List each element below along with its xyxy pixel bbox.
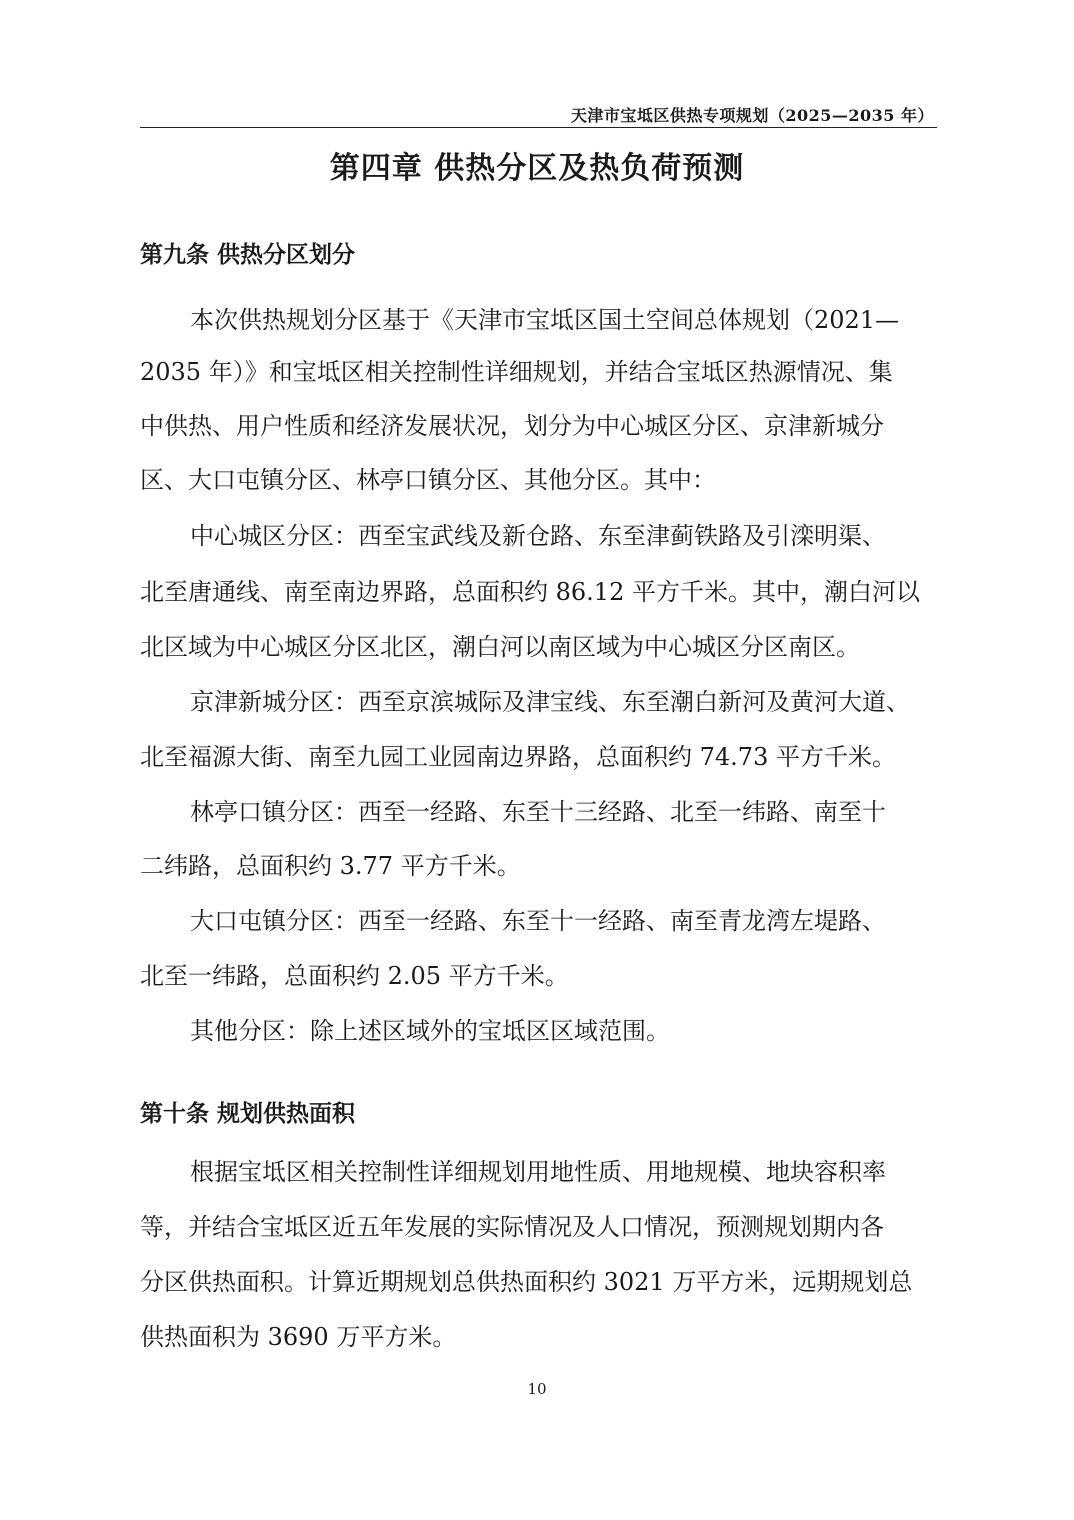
text-line: 二纬路，总面积约 3.77 平方千米。 bbox=[140, 852, 521, 880]
article-9-title: 第九条 供热分区划分 bbox=[140, 236, 355, 269]
text-line: 其他分区：除上述区域外的宝坻区区域范围。 bbox=[190, 1017, 670, 1045]
text-line: 中心城区分区：西至宝武线及新仓路、东至津蓟铁路及引滦明渠、 bbox=[190, 522, 886, 550]
chapter-title: 第四章 供热分区及热负荷预测 bbox=[0, 143, 1074, 187]
text-line: 供热面积为 3690 万平方米。 bbox=[140, 1323, 456, 1351]
text-line: 根据宝坻区相关控制性详细规划用地性质、用地规模、地块容积率 bbox=[190, 1158, 886, 1186]
running-header: 天津市宝坻区供热专项规划（2025—2035 年） bbox=[571, 103, 934, 126]
page-number: 10 bbox=[0, 1380, 1074, 1398]
text-line: 林亭口镇分区：西至一经路、东至十三经路、北至一纬路、南至十 bbox=[190, 798, 886, 826]
text-line: 2035 年）》和宝坻区相关控制性详细规划，并结合宝坻区热源情况、集 bbox=[140, 358, 893, 386]
text-line: 京津新城分区：西至京滨城际及津宝线、东至潮白新河及黄河大道、 bbox=[190, 688, 910, 716]
text-line: 大口屯镇分区：西至一经路、东至十一经路、南至青龙湾左堤路、 bbox=[190, 907, 886, 935]
text-line: 中供热、用户性质和经济发展状况，划分为中心城区分区、京津新城分 bbox=[140, 412, 884, 440]
header-divider bbox=[140, 127, 937, 128]
text-line: 分区供热面积。计算近期规划总供热面积约 3021 万平方米，远期规划总 bbox=[140, 1268, 912, 1296]
text-line: 等，并结合宝坻区近五年发展的实际情况及人口情况，预测规划期内各 bbox=[140, 1213, 884, 1241]
text-line: 北至一纬路，总面积约 2.05 平方千米。 bbox=[140, 962, 569, 990]
text-line: 本次供热规划分区基于《天津市宝坻区国土空间总体规划（2021— bbox=[190, 306, 899, 334]
text-line: 区、大口屯镇分区、林亭口镇分区、其他分区。其中： bbox=[140, 466, 716, 494]
article-10-title: 第十条 规划供热面积 bbox=[140, 1095, 355, 1128]
text-line: 北区域为中心城区分区北区，潮白河以南区域为中心城区分区南区。 bbox=[140, 633, 860, 661]
text-line: 北至福源大街、南至九园工业园南边界路，总面积约 74.73 平方千米。 bbox=[140, 743, 896, 771]
text-line: 北至唐通线、南至南边界路，总面积约 86.12 平方千米。其中，潮白河以 bbox=[140, 578, 920, 606]
